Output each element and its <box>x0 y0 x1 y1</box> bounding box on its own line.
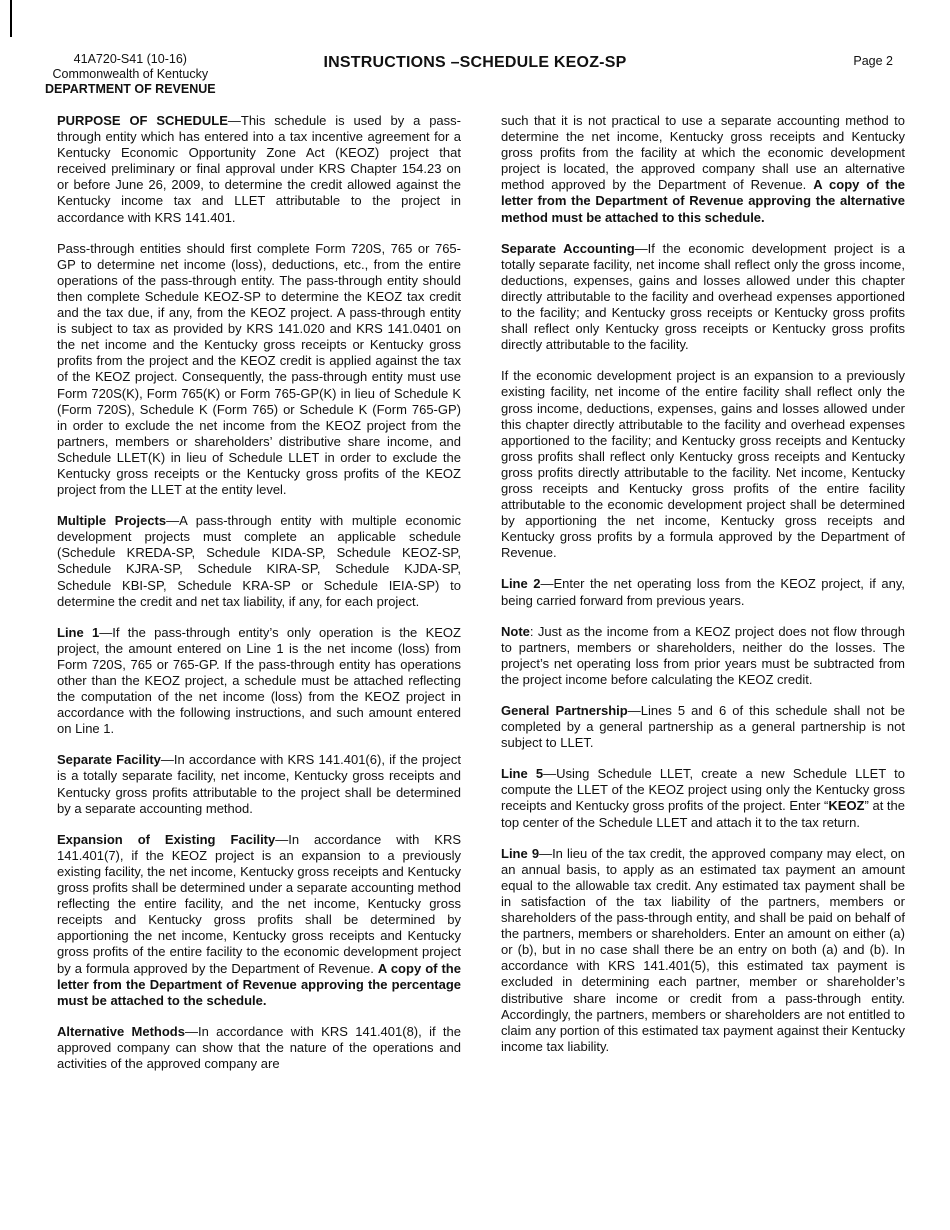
page-number: Page 2 <box>853 54 893 68</box>
text-run: —If the economic development project is … <box>501 241 905 353</box>
paragraph: Line 5—Using Schedule LLET, create a new… <box>501 766 905 830</box>
text-run: If the economic development project is a… <box>501 368 905 560</box>
bold-text-run: Line 5 <box>501 766 543 781</box>
bold-text-run: Expansion of Existing Facility <box>57 832 275 847</box>
bold-text-run: Line 2 <box>501 576 540 591</box>
text-run: : Just as the income from a KEOZ project… <box>501 624 905 687</box>
department-name: DEPARTMENT OF REVENUE <box>45 82 216 97</box>
paragraph: Line 1—If the pass-through entity’s only… <box>57 625 461 738</box>
text-run: —Enter the net operating loss from the K… <box>501 576 905 607</box>
bold-text-run: Note <box>501 624 530 639</box>
registration-mark <box>10 0 12 37</box>
paragraph: PURPOSE OF SCHEDULE—This schedule is use… <box>57 113 461 226</box>
paragraph: Line 2—Enter the net operating loss from… <box>501 576 905 608</box>
bold-text-run: Separate Accounting <box>501 241 635 256</box>
page-header: 41A720-S41 (10-16) Commonwealth of Kentu… <box>0 50 950 110</box>
text-run: —This schedule is used by a pass-through… <box>57 113 461 225</box>
bold-text-run: Alternative Methods <box>57 1024 185 1039</box>
bold-text-run: Line 1 <box>57 625 99 640</box>
paragraph: Separate Facility—In accordance with KRS… <box>57 752 461 816</box>
paragraph: such that it is not practical to use a s… <box>501 113 905 226</box>
text-run: Pass-through entities should first compl… <box>57 241 461 497</box>
paragraph: Multiple Projects—A pass-through entity … <box>57 513 461 610</box>
paragraph: Line 9—In lieu of the tax credit, the ap… <box>501 846 905 1055</box>
text-run: —In accordance with KRS 141.401(7), if t… <box>57 832 461 976</box>
text-run: —If the pass-through entity’s only opera… <box>57 625 461 737</box>
instructions-body: PURPOSE OF SCHEDULE—This schedule is use… <box>57 113 905 1072</box>
left-column: PURPOSE OF SCHEDULE—This schedule is use… <box>57 113 461 1072</box>
paragraph: General Partnership—Lines 5 and 6 of thi… <box>501 703 905 751</box>
paragraph: Note: Just as the income from a KEOZ pro… <box>501 624 905 688</box>
right-column: such that it is not practical to use a s… <box>501 113 905 1072</box>
page-title: INSTRUCTIONS –SCHEDULE KEOZ-SP <box>0 54 950 72</box>
paragraph: Expansion of Existing Facility—In accord… <box>57 832 461 1009</box>
text-run: —In lieu of the tax credit, the approved… <box>501 846 905 1054</box>
instructions-page: { "page": { "form_number": "41A720-S41 (… <box>0 0 950 1230</box>
paragraph: Alternative Methods—In accordance with K… <box>57 1024 461 1072</box>
paragraph: Pass-through entities should first compl… <box>57 241 461 499</box>
paragraph: Separate Accounting—If the economic deve… <box>501 241 905 354</box>
bold-text-run: General Partnership <box>501 703 628 718</box>
bold-text-run: PURPOSE OF SCHEDULE <box>57 113 228 128</box>
bold-text-run: Line 9 <box>501 846 539 861</box>
bold-text-run: KEOZ <box>828 798 864 813</box>
paragraph: If the economic development project is a… <box>501 368 905 561</box>
bold-text-run: Separate Facility <box>57 752 161 767</box>
bold-text-run: Multiple Projects <box>57 513 166 528</box>
